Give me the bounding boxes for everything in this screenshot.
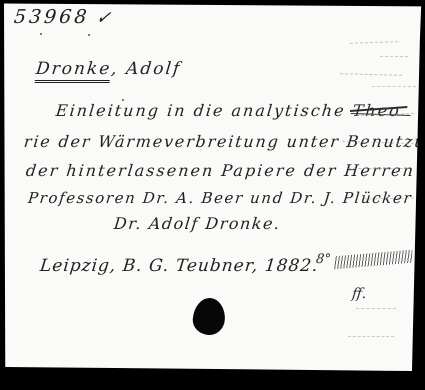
scratched-out-note [333, 250, 412, 270]
catalog-number: 53968 [13, 6, 91, 28]
ghost-mark [356, 308, 396, 309]
title-line-1-text: Einleitung in die analytische [55, 101, 354, 120]
ghost-mark [372, 86, 416, 87]
title-line-5: Dr. Adolf Dronke. [113, 214, 282, 233]
ghost-mark [350, 41, 398, 44]
ghost-mark [348, 336, 394, 337]
title-line-4-text: Professoren Dr. A. Beer und Dr. J. Plück… [27, 189, 420, 207]
title-line-3: der hinterlassenen Papiere der Herren — [25, 161, 425, 180]
struck-word: Theo [352, 101, 402, 120]
imprint-line: Leipzig, B. G. Teubner, 1882. [39, 256, 320, 276]
author-forename: Adolf [125, 59, 182, 79]
catalog-card: 53968✓ Dronke, Adolf Einleitung in die a… [4, 2, 422, 371]
ff-note: ff. [351, 286, 367, 302]
format-note-text: 8° [315, 252, 331, 267]
author-surname: Dronke [35, 59, 113, 83]
catalog-number-row: 53968✓ [13, 6, 115, 28]
ghost-mark [348, 168, 408, 169]
underlined-word: von [418, 189, 425, 207]
check-mark-icon: ✓ [95, 5, 117, 31]
scan-background: { "card": { "catalog_number": "53968", "… [0, 0, 425, 390]
format-note: 8° [315, 252, 412, 267]
ink-speck [88, 34, 90, 36]
ghost-mark [380, 56, 408, 57]
title-line-1: Einleitung in die analytische Theo [55, 101, 402, 120]
ink-blot [192, 297, 227, 336]
ink-speck [40, 33, 42, 35]
ghost-mark [340, 73, 402, 76]
author-line: Dronke, Adolf [35, 59, 182, 79]
